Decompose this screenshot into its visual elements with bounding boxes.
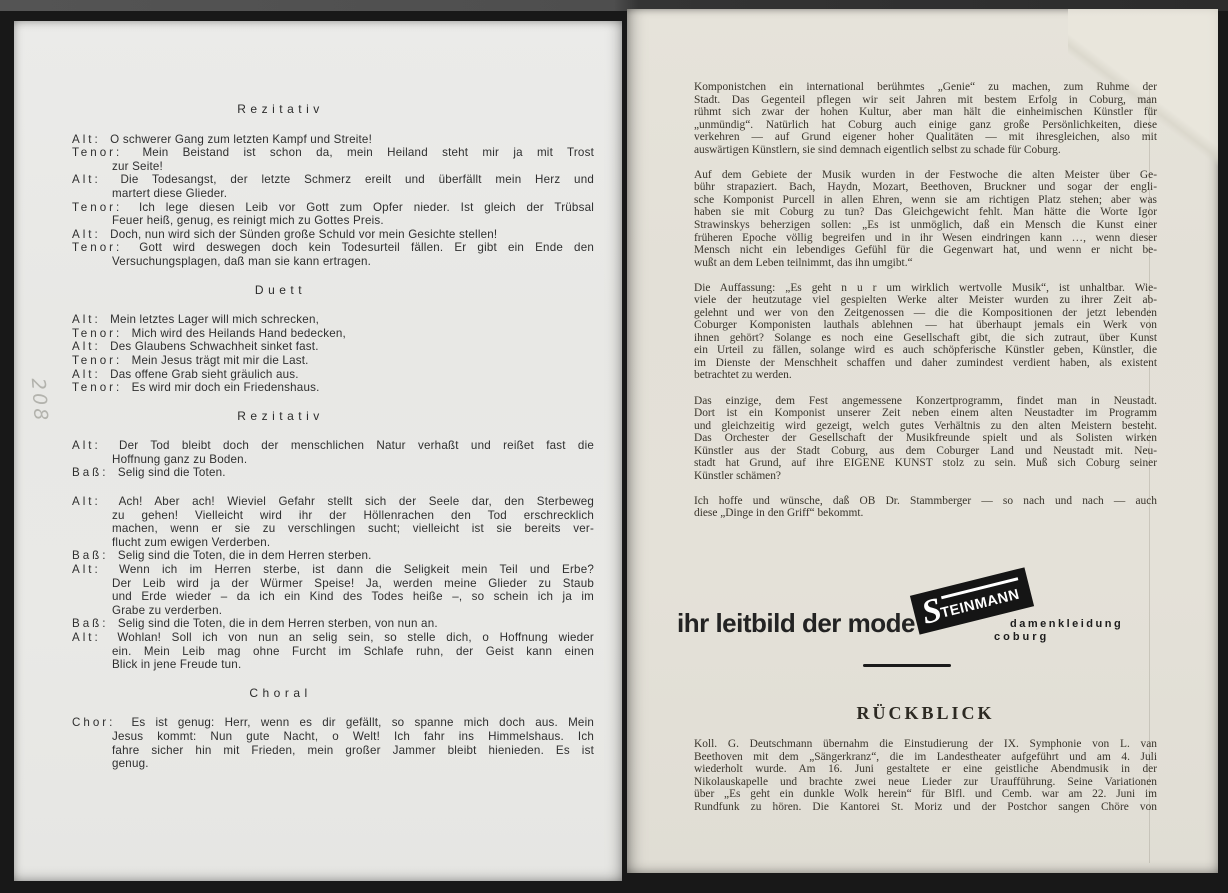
speaker-label: Alt: [72, 313, 101, 326]
text-line: Strawinskys beherzigen sollen: „Es ist u… [694, 219, 1157, 232]
text-line: Rundfunk zu hören. Die Kantorei St. Mori… [694, 801, 1157, 814]
text-line: Blick in jene Freude tun. [112, 658, 594, 672]
libretto-entry: Chor: Es ist genug: Herr, wenn es dir ge… [72, 716, 594, 770]
text-line: Feuer heiß, genug, es reinigt mich zu Go… [112, 214, 594, 228]
speaker-label: Alt: [72, 495, 101, 508]
libretto-entry: Tenor: Mich wird des Heilands Hand bedec… [72, 327, 594, 341]
text-line: Alt: Ach! Aber ach! Wieviel Gefahr stell… [112, 495, 594, 509]
text-line: stadt hat Grund, auf ihre EIGENE KUNST s… [694, 457, 1157, 470]
libretto-entry: Tenor: Ich lege diesen Leib vor Gott zum… [72, 201, 594, 228]
article-paragraph: Ich hoffe und wünsche, daß OB Dr. Stammb… [694, 495, 1157, 520]
libretto-entry: Alt: Das offene Grab sieht gräulich aus. [72, 368, 594, 382]
text-line: auswärtigen Künstlern, sie sind demnach … [694, 144, 1157, 157]
speaker-label: Baß: [72, 617, 108, 630]
libretto-entry: Tenor: Es wird mir doch ein Friedenshaus… [72, 381, 594, 395]
libretto-entry: Baß: Selig sind die Toten. [72, 466, 594, 480]
text-line: Komponistchen ein international berühmte… [694, 81, 1157, 94]
text-line: zur Seite! [112, 160, 594, 174]
speaker-label: Alt: [72, 439, 101, 452]
article-text: Komponistchen ein international berühmte… [694, 81, 1157, 532]
text-line: über „Es geht ein dunkle Wolk herein“ fü… [694, 788, 1157, 801]
text-line: Jesus kommt: Nun gute Nacht, o Welt! Ich… [112, 730, 594, 744]
text-line: Alt: Die Todesangst, der letzte Schmerz … [112, 173, 594, 187]
libretto-entry: Tenor: Gott wird deswegen doch kein Tode… [72, 241, 594, 268]
text-line: Künstler schämen? [694, 470, 1157, 483]
speaker-label: Baß: [72, 549, 108, 562]
text-line: Alt: Wohlan! Soll ich von nun an selig s… [112, 631, 594, 645]
libretto-entry: Tenor: Mein Beistand ist schon da, mein … [72, 146, 594, 173]
text-line: wußt an dem Leben teilnimmt, das ihn umg… [694, 257, 1157, 270]
text-line: Grabe zu verderben. [112, 604, 594, 618]
article-paragraph: Die Auffassung: „Es geht n u r um wirkli… [694, 282, 1157, 382]
text-line: sche Komponist Purcell in allen Ehren, w… [694, 194, 1157, 207]
text-line: ihnen gehört? Solange es noch eine Gesel… [694, 332, 1157, 345]
text-line: und Erde wieder – da ich ein Kind des To… [112, 590, 594, 604]
ad-subtext: damenkleidung coburg [1010, 618, 1123, 644]
text-line: Baß: Selig sind die Toten, die in dem He… [112, 617, 594, 631]
rueckblick-text: Koll. G. Deutschmann übernahm die Einstu… [694, 738, 1157, 813]
text-line: Tenor: Es wird mir doch ein Friedenshaus… [112, 381, 594, 395]
text-line: Hoffnung ganz zu Boden. [112, 453, 594, 467]
section-heading: Rezitativ [72, 103, 594, 117]
text-line: Ich hoffe und wünsche, daß OB Dr. Stammb… [694, 495, 1157, 508]
speaker-label: Baß: [72, 466, 108, 479]
ad-subtext-line1: damenkleidung [1010, 618, 1123, 631]
text-line: bühr strapaziert. Bach, Haydn, Mozart, B… [694, 181, 1157, 194]
libretto-entry: Alt: Doch, nun wird sich der Sünden groß… [72, 228, 594, 242]
text-line: Künstler aus der Stadt Coburg, aus dem C… [694, 445, 1157, 458]
libretto-entry: Alt: Der Tod bleibt doch der menschliche… [72, 439, 594, 466]
ad-subtext-line2: coburg [994, 631, 1123, 644]
text-line: Der Leib wird ja der Würmer Speise! Ja, … [112, 577, 594, 591]
text-line: Tenor: Mich wird des Heilands Hand bedec… [112, 327, 594, 341]
text-line: Tenor: Ich lege diesen Leib vor Gott zum… [112, 201, 594, 215]
text-line: rühmt sich zwar der hohen Kultur, aber m… [694, 106, 1157, 119]
text-line: verkehren — auf Grund eigener hoher Qual… [694, 131, 1157, 144]
text-line: Alt: Der Tod bleibt doch der menschliche… [112, 439, 594, 453]
text-line: wiederholt wurde. Am 16. Juni gestaltete… [694, 763, 1157, 776]
libretto-entry: Alt: Mein letztes Lager will mich schrec… [72, 313, 594, 327]
speaker-label: Alt: [72, 368, 101, 381]
libretto-text: RezitativAlt: O schwerer Gang zum letzte… [72, 21, 594, 771]
text-line: Stadt. Das Gegenteil pflegen wir seit Ja… [694, 94, 1157, 107]
text-line: Alt: O schwerer Gang zum letzten Kampf u… [112, 133, 594, 147]
article-paragraph: Auf dem Gebiete der Musik wurden in der … [694, 169, 1157, 269]
text-line: Alt: Mein letztes Lager will mich schrec… [112, 313, 594, 327]
text-line: Alt: Doch, nun wird sich der Sünden groß… [112, 228, 594, 242]
speaker-label: Alt: [72, 133, 101, 146]
text-line: Dort ist ein Komponist unserer Zeit nebe… [694, 407, 1157, 420]
speaker-label: Alt: [72, 631, 101, 644]
text-line: gelehnt und wer von den Zeitgenossen — d… [694, 307, 1157, 320]
speaker-label: Tenor: [72, 146, 122, 159]
left-page: 208 RezitativAlt: O schwerer Gang zum le… [14, 21, 622, 881]
section-heading: Rezitativ [72, 410, 594, 424]
speaker-label: Alt: [72, 340, 101, 353]
text-line: Tenor: Gott wird deswegen doch kein Tode… [112, 241, 594, 255]
speaker-label: Tenor: [72, 241, 122, 254]
text-line: machen, wenn er sie zu verschlingen such… [112, 522, 594, 536]
text-line: haben sie mit Coburg zu tun? Das Gleichg… [694, 206, 1157, 219]
speaker-label: Alt: [72, 563, 101, 576]
text-line: „unmündig“. Natürlich hat Coburg auch ei… [694, 119, 1157, 132]
section-heading: Choral [72, 687, 594, 701]
libretto-entry: Alt: O schwerer Gang zum letzten Kampf u… [72, 133, 594, 147]
text-line: Alt: Des Glaubens Schwachheit sinket fas… [112, 340, 594, 354]
section-divider [863, 664, 951, 667]
text-line: Beethoven mit dem „Sängerkranz“, die im … [694, 751, 1157, 764]
libretto-entry: Baß: Selig sind die Toten, die in dem He… [72, 549, 594, 563]
text-line: fahre sicher hin mit Frieden, mein große… [112, 744, 594, 758]
text-line: und gleichzeitig wird gezeigt, welch gut… [694, 420, 1157, 433]
ad-slogan: ihr leitbild der mode [677, 608, 915, 639]
handwritten-page-number: 208 [27, 377, 53, 442]
text-line: im Dienste der Menschheit schaffen und d… [694, 357, 1157, 370]
libretto-entry: Alt: Wohlan! Soll ich von nun an selig s… [72, 631, 594, 672]
speaker-label: Tenor: [72, 354, 122, 367]
scanned-document-spread: { "colors":{ "background":"#181818", "le… [0, 0, 1228, 893]
text-line: ein Urteil zu fällen, solange wird es au… [694, 344, 1157, 357]
text-line: Das einzige, dem Fest angemessene Konzer… [694, 395, 1157, 408]
text-line: flucht zum ewigen Verderben. [112, 536, 594, 550]
section-heading: Duett [72, 284, 594, 298]
libretto-entry: Alt: Des Glaubens Schwachheit sinket fas… [72, 340, 594, 354]
speaker-label: Alt: [72, 173, 101, 186]
text-line: Baß: Selig sind die Toten. [112, 466, 594, 480]
libretto-entry: Alt: Wenn ich im Herren sterbe, ist dann… [72, 563, 594, 617]
libretto-entry: Baß: Selig sind die Toten, die in dem He… [72, 617, 594, 631]
libretto-entry: Alt: Ach! Aber ach! Wieviel Gefahr stell… [72, 495, 594, 549]
speaker-label: Chor: [72, 716, 115, 729]
libretto-entry: Tenor: Mein Jesus trägt mit mir die Last… [72, 354, 594, 368]
right-page: Komponistchen ein international berühmte… [627, 9, 1218, 873]
speaker-label: Tenor: [72, 381, 122, 394]
text-line: martert diese Glieder. [112, 187, 594, 201]
text-line: Versuchungsplagen, daß man sie kann ertr… [112, 255, 594, 269]
text-line: diese „Dinge in den Griff“ bekommt. [694, 507, 1157, 520]
article-paragraph: Das einzige, dem Fest angemessene Konzer… [694, 395, 1157, 483]
article-paragraph: Komponistchen ein international berühmte… [694, 81, 1157, 156]
text-line: Coburger Komponisten lauthals ablehnen —… [694, 319, 1157, 332]
text-line: Die Auffassung: „Es geht n u r um wirkli… [694, 282, 1157, 295]
text-line: Koll. G. Deutschmann übernahm die Einstu… [694, 738, 1157, 751]
speaker-label: Tenor: [72, 327, 122, 340]
text-line: ein. Mein Leib mag ohne Furcht im Schlaf… [112, 645, 594, 659]
text-line: betrachtet zu werden. [694, 369, 1157, 382]
libretto-entry: Alt: Die Todesangst, der letzte Schmerz … [72, 173, 594, 200]
text-line: Alt: Wenn ich im Herren sterbe, ist dann… [112, 563, 594, 577]
text-line: Nikolauskapelle und brachte zwei neue Li… [694, 776, 1157, 789]
text-line: Auf dem Gebiete der Musik wurden in der … [694, 169, 1157, 182]
text-line: Baß: Selig sind die Toten, die in dem He… [112, 549, 594, 563]
text-line: Chor: Es ist genug: Herr, wenn es dir ge… [112, 716, 594, 730]
speaker-label: Tenor: [72, 201, 122, 214]
text-line: Mensch nicht ein lebendiges Gefühl für d… [694, 244, 1157, 257]
speaker-label: Alt: [72, 228, 101, 241]
rueckblick-heading: RÜCKBLICK [694, 703, 1157, 724]
text-line: genug. [112, 757, 594, 771]
text-line: früheren Epoche völlig begreifen und in … [694, 232, 1157, 245]
text-line: Tenor: Mein Beistand ist schon da, mein … [112, 146, 594, 160]
text-line: Das Orchester der Gesellschaft der Musik… [694, 432, 1157, 445]
text-line: Tenor: Mein Jesus trägt mit mir die Last… [112, 354, 594, 368]
text-line: Alt: Das offene Grab sieht gräulich aus. [112, 368, 594, 382]
text-line: zu gehen! Vielleicht wird ihr der Höllen… [112, 509, 594, 523]
text-line: viele der heutzutage viel gespielten Wer… [694, 294, 1157, 307]
